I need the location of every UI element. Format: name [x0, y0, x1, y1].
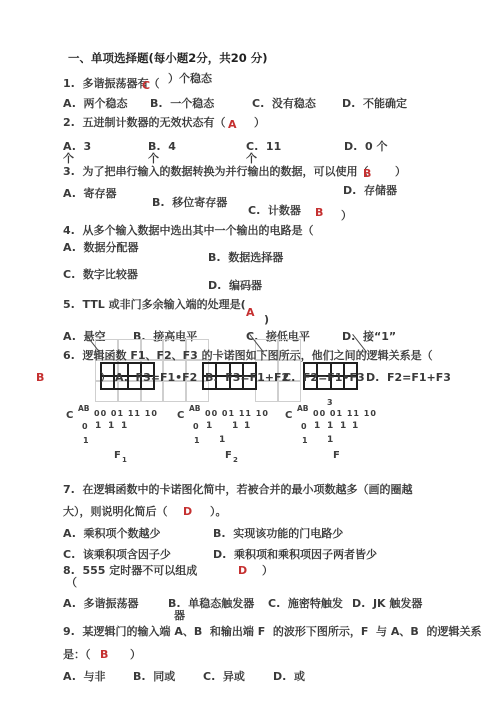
kmap3-cell: 1 [327, 435, 333, 445]
q5-close: ) [264, 313, 269, 326]
kmap3-stray-sup: 3 [327, 398, 333, 407]
q4-stem: 4. 从多个输入数据中选出其中一个输出的电路是（ [63, 224, 314, 237]
kmap3-function-name: F [333, 450, 340, 461]
q6-option-d: D. F2=F1+F3 [366, 371, 451, 384]
q8-open-paren: （ [66, 576, 77, 589]
q7-stem-line1: 7. 在逻辑函数中的卡诺图化简中，若被合并的最小项数越多（画的圈越 [63, 483, 413, 496]
q1-option-d: D. 不能确定 [342, 97, 407, 110]
kmap2-cell: 1 [244, 421, 250, 431]
q7-close: ）。 [210, 505, 227, 518]
kmap1-row0-label: 0 [82, 422, 88, 431]
q9-stem-line2: 是：（ [63, 648, 91, 661]
q2-close: ） [254, 116, 265, 129]
kmap2-cell: 1 [206, 421, 212, 431]
q6-option-b: B. F3=F1+F2 [205, 371, 289, 384]
q3-stem: 3. 为了把串行输入的数据转换为并行输出的数据，可以使用（ [63, 165, 369, 178]
q1-answer: C [142, 79, 150, 92]
q4-option-b: B. 数据选择器 [208, 251, 283, 264]
section-title: 一、单项选择题(每小题2分，共20 分) [68, 52, 268, 66]
q9-option-d: D. 或 [273, 670, 305, 683]
kmap2-function-sub: 2 [233, 456, 238, 464]
exam-page: 一、单项选择题(每小题2分，共20 分) 1. 多谐振荡器有（ C ）个稳态 A… [0, 0, 500, 707]
q2-option-b-wrap: 个 [148, 152, 159, 165]
q7-stem-line2: 大），则说明化简后（ [63, 505, 168, 518]
q2-option-c-wrap: 个 [246, 152, 257, 165]
kmap2-row1-label: 1 [194, 436, 200, 445]
kmap2-row-var: C [177, 410, 184, 421]
kmap1-function-name: F [114, 450, 121, 461]
q9-stem-line1: 9. 某逻辑门的输入端 A、B 和输出端 F 的波形下图所示，F 与 A、B 的… [63, 625, 481, 638]
q9-option-c: C. 异或 [203, 670, 245, 683]
q5-answer: A [246, 306, 255, 319]
kmap1-row-var: C [66, 410, 73, 421]
q8-answer: D [238, 564, 247, 577]
q3-option-a: A. 寄存器 [63, 187, 117, 200]
kmap3-row-var: C [285, 410, 292, 421]
kmap3-cell: 1 [352, 421, 358, 431]
kmap3-row0-label: 0 [301, 422, 307, 431]
q9-option-b: B. 同或 [133, 670, 175, 683]
q4-close: ） [341, 209, 352, 222]
q8-option-c: C. 施密特触发 [268, 597, 343, 610]
kmap2-col-headers: 00 01 11 10 [205, 409, 269, 418]
q6-answer: B [36, 371, 44, 384]
q5-option-d: D. 接“1” [342, 330, 396, 343]
q1-option-c: C. 没有稳态 [252, 97, 316, 110]
q8-option-c-wrap: 器 [174, 609, 185, 622]
kmap2-labels: C AB 00 01 11 10 0 1 1 1 1 1 F 2 [177, 402, 272, 464]
q7-option-a: A. 乘积项个数越少 [63, 527, 161, 540]
q1-stem-end: ）个稳态 [168, 72, 212, 85]
q2-option-a-wrap: 个 [63, 152, 74, 165]
kmap3-labels: C AB 00 01 11 10 3 0 1 1 1 1 1 1 F [285, 402, 380, 464]
q9-option-a: A. 与非 [63, 670, 106, 683]
q5-stem: 5. TTL 或非门多余输入端的处理是( [63, 298, 246, 311]
kmap1-cell: 1 [108, 421, 114, 431]
kmap1-function-sub: 1 [122, 456, 127, 464]
q9-answer: B [100, 648, 108, 661]
q8-option-a: A. 多谐振荡器 [63, 597, 139, 610]
q2-stem: 2. 五进制计数器的无效状态有（ [63, 116, 226, 129]
q8-stem: 8. 555 定时器不可以组成 [63, 564, 197, 577]
q3-option-b: B. 移位寄存器 [152, 196, 227, 209]
q4-answer: B [315, 206, 323, 219]
kmap1-cell: 1 [95, 421, 101, 431]
q4-option-c: C. 数字比较器 [63, 268, 138, 281]
q6-option-a: A. F3=F1•F2 [115, 371, 197, 384]
kmap3-col-headers: 00 01 11 10 [313, 409, 377, 418]
q3-option-d: D. 存储器 [343, 184, 397, 197]
kmap3-col-var: AB [297, 404, 309, 413]
kmap2-col-var: AB [189, 404, 201, 413]
q4-option-a: A. 数据分配器 [63, 241, 139, 254]
kmap3-cell: 1 [327, 421, 333, 431]
kmap3-cell: 1 [340, 421, 346, 431]
q3-close: ） [395, 165, 406, 178]
q6-option-c: C. F2=F1•F3 [283, 371, 365, 384]
kmap1-col-var: AB [78, 404, 90, 413]
q1-option-a: A. 两个稳态 [63, 97, 128, 110]
q9-close: ） [130, 648, 141, 661]
kmap2-cell: 1 [219, 435, 225, 445]
kmap2-row0-label: 0 [193, 422, 199, 431]
q3-answer: B [363, 167, 371, 180]
kmap1-row1-label: 1 [83, 436, 89, 445]
q1-option-b: B. 一个稳态 [150, 97, 214, 110]
q3-option-c: C. 计数器 [248, 204, 301, 217]
q7-option-c: C. 该乘积项含因子少 [63, 548, 171, 561]
kmap2-cell: 1 [232, 421, 238, 431]
kmap1-cell: 1 [121, 421, 127, 431]
q6-stem: 6. 逻辑函数 F1、F2、F3 的卡诺图如下图所示，他们之间的逻辑关系是（ [63, 349, 433, 362]
kmap3-row1-label: 1 [302, 436, 308, 445]
q7-answer: D [183, 505, 192, 518]
q8-close: ） [262, 564, 273, 577]
q8-option-d: D. JK 触发器 [352, 597, 422, 610]
q7-option-b: B. 实现该功能的门电路少 [213, 527, 343, 540]
q2-answer: A [228, 118, 237, 131]
kmap2-function-name: F [225, 450, 232, 461]
kmap1-col-headers: 00 01 11 10 [94, 409, 158, 418]
kmap1-labels: C AB 00 01 11 10 0 1 1 1 1 F 1 [66, 402, 161, 464]
q2-option-d: D. 0 个 [344, 140, 387, 153]
kmap3-cell: 1 [314, 421, 320, 431]
q4-option-d: D. 编码器 [208, 279, 262, 292]
q7-option-d: D. 乘积项和乘积项因子两者皆少 [213, 548, 377, 561]
q6-close: ） [100, 371, 111, 384]
